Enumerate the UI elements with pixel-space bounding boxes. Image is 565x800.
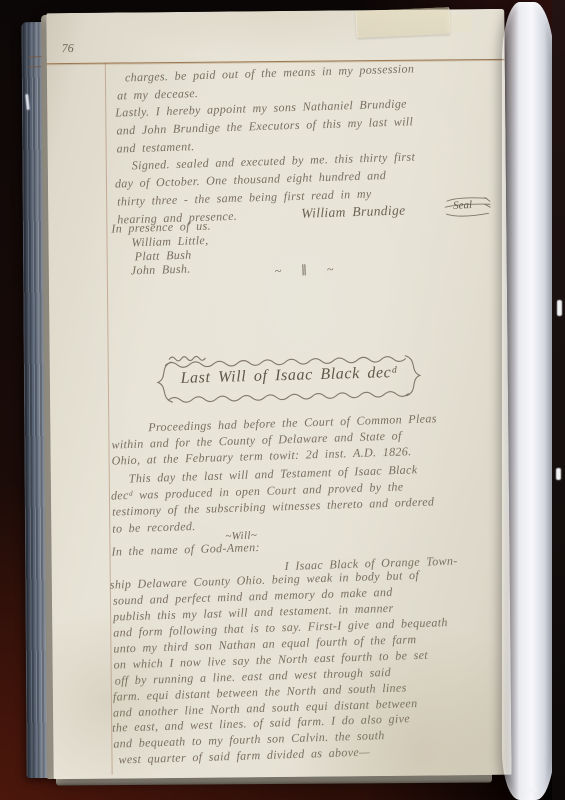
tape-piece xyxy=(355,7,450,38)
reflection-glint xyxy=(557,300,562,316)
handwritten-line: and testament. xyxy=(116,139,194,156)
photo-frame: 76 charges. be paid out of the means in … xyxy=(0,0,565,800)
invocation-line: In the name of God-Amen: xyxy=(111,540,260,560)
reflection-glint xyxy=(529,787,537,793)
handwritten-line: at my decease. xyxy=(117,86,199,104)
testator-signature: William Brundige xyxy=(301,203,406,222)
section-divider: ~ ∥ ~ xyxy=(275,262,341,279)
right-edge-shadow xyxy=(552,0,565,800)
handwritten-line: charges. be paid out of the means in my … xyxy=(125,61,415,85)
page-holder-strip xyxy=(502,2,556,800)
ruled-line-horizontal xyxy=(47,59,505,64)
reflection-glint xyxy=(556,468,561,480)
page-number: 76 xyxy=(62,41,74,56)
tape-residue xyxy=(446,15,473,33)
witness-signature: John Bush. xyxy=(131,262,191,279)
ledger-page: 76 charges. be paid out of the means in … xyxy=(46,9,511,779)
record-title-box: Last Will of Isaac Black decᵈ xyxy=(149,347,428,410)
ruled-line-vertical xyxy=(105,63,113,775)
seal-label: Seal xyxy=(453,199,472,212)
handwritten-line: to be recorded. xyxy=(112,519,196,537)
seal-mark: Seal xyxy=(444,194,493,220)
